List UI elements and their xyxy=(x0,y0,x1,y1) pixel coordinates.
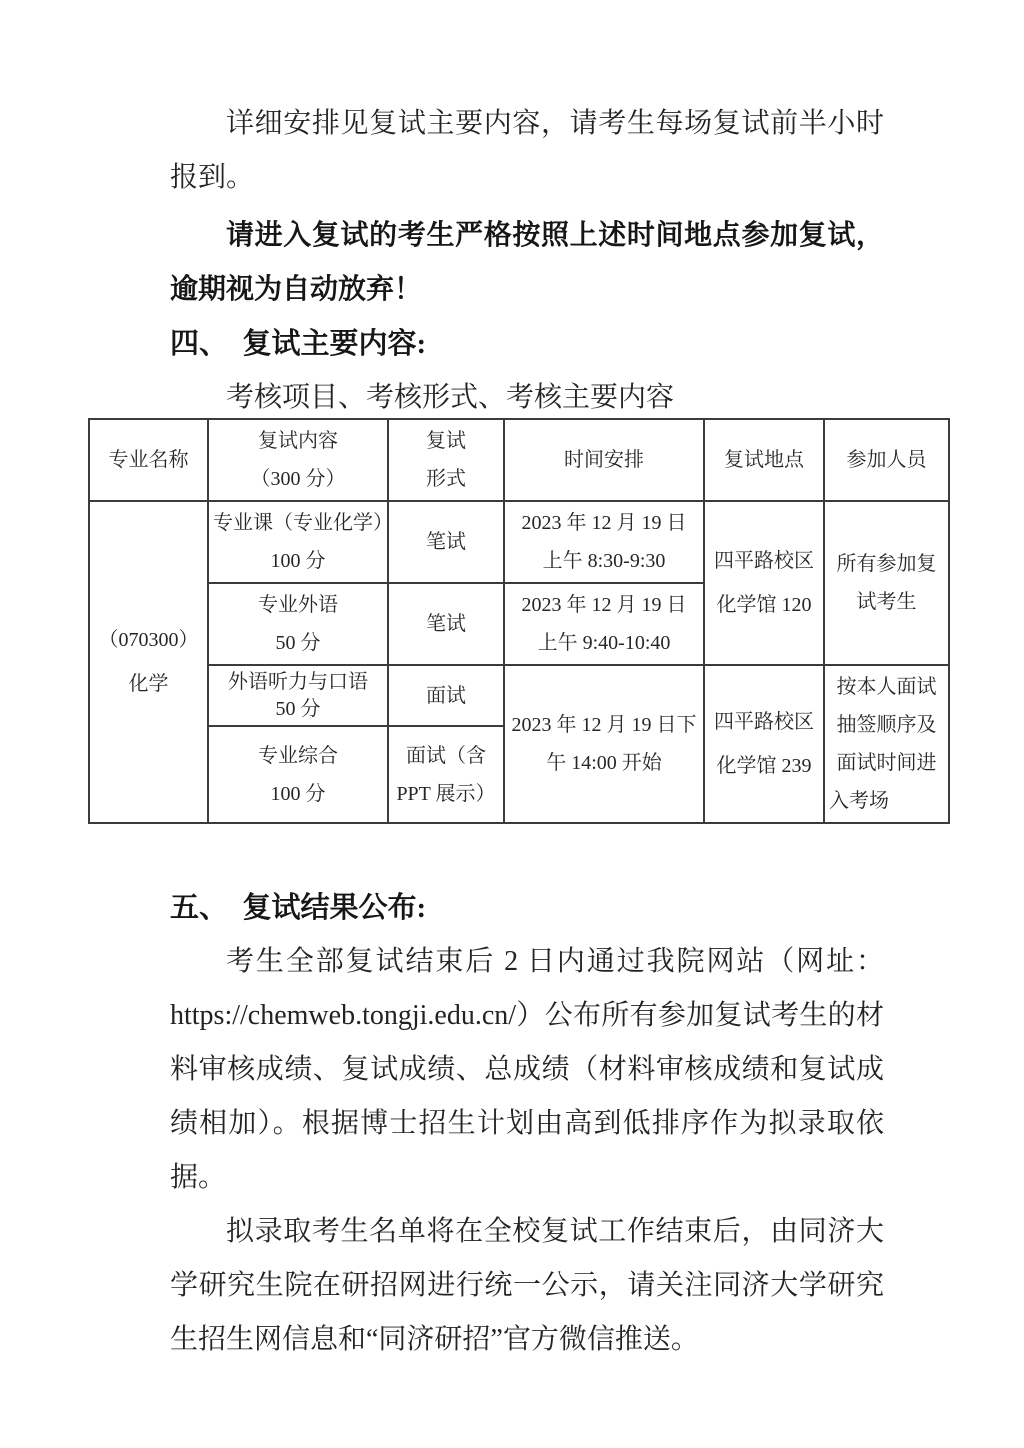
location-afternoon-line1: 四平路校区 xyxy=(709,700,819,744)
location-afternoon-line2: 化学馆 239 xyxy=(709,744,819,788)
content-row3-line1: 外语听力与口语 xyxy=(213,669,383,696)
cell-participants-morning: 所有参加复试考生 xyxy=(824,501,949,665)
header-time-label: 时间安排 xyxy=(509,441,699,479)
section4-subtitle: 考核项目、考核形式、考核主要内容 xyxy=(170,371,884,425)
time-row1-line2: 上午 8:30-9:30 xyxy=(509,542,699,580)
cell-participants-afternoon: 按本人面试抽签顺序及面试时间进入考场 xyxy=(824,665,949,823)
location-morning-line2: 化学馆 120 xyxy=(709,583,819,627)
cell-major: （070300） 化学 xyxy=(89,501,208,823)
header-location-label: 复试地点 xyxy=(709,441,819,479)
location-morning-line1: 四平路校区 xyxy=(709,539,819,583)
section5-paragraph1: 考生全部复试结束后 2 日内通过我院网站（网址：https://chemweb.… xyxy=(170,935,884,1205)
cell-location-morning: 四平路校区 化学馆 120 xyxy=(704,501,824,665)
header-content: 复试内容 （300 分） xyxy=(208,419,388,501)
content-row3-line2: 50 分 xyxy=(213,696,383,723)
form-row4-line1: 面试（含 xyxy=(393,737,499,775)
cell-content-row2: 专业外语 50 分 xyxy=(208,583,388,665)
content-row1-line1: 专业课（专业化学） xyxy=(213,504,383,542)
header-participants-label: 参加人员 xyxy=(829,441,944,479)
content-row2-line2: 50 分 xyxy=(213,624,383,662)
content-row2-line1: 专业外语 xyxy=(213,586,383,624)
header-form-line2: 形式 xyxy=(393,460,499,498)
cell-content-row3: 外语听力与口语 50 分 xyxy=(208,665,388,726)
header-form-line1: 复试 xyxy=(393,422,499,460)
content-row1-line2: 100 分 xyxy=(213,542,383,580)
cell-form-row1: 笔试 xyxy=(388,501,504,583)
cell-time-row2: 2023 年 12 月 19 日 上午 9:40-10:40 xyxy=(504,583,704,665)
content-row4-line1: 专业综合 xyxy=(213,737,383,775)
table-row-interview-1: 外语听力与口语 50 分 面试 2023 年 12 月 19 日下 午 14:0… xyxy=(89,665,949,726)
time-afternoon-line2: 午 14:00 开始 xyxy=(509,744,699,782)
time-afternoon-line1: 2023 年 12 月 19 日下 xyxy=(509,706,699,744)
time-row2-line1: 2023 年 12 月 19 日 xyxy=(509,586,699,624)
cell-content-row4: 专业综合 100 分 xyxy=(208,726,388,823)
cell-form-row3: 面试 xyxy=(388,665,504,726)
major-name: 化学 xyxy=(94,662,203,706)
warning-paragraph: 请进入复试的考生严格按照上述时间地点参加复试，逾期视为自动放弃！ xyxy=(170,209,884,317)
section4-heading: 四、 复试主要内容: xyxy=(170,317,884,371)
content-row4-line2: 100 分 xyxy=(213,775,383,813)
table-row-written-exam-1: （070300） 化学 专业课（专业化学） 100 分 笔试 2023 年 12… xyxy=(89,501,949,583)
intro-paragraph: 详细安排见复试主要内容，请考生每场复试前半小时报到。 xyxy=(170,97,884,205)
document-page: 详细安排见复试主要内容，请考生每场复试前半小时报到。 请进入复试的考生严格按照上… xyxy=(0,0,1024,1448)
form-row4-line2: PPT 展示） xyxy=(393,775,499,813)
form-row3: 面试 xyxy=(393,677,499,715)
header-major: 专业名称 xyxy=(89,419,208,501)
table-header-row: 专业名称 复试内容 （300 分） 复试 形式 时间安排 复试地点 参加人员 xyxy=(89,419,949,501)
cell-form-row4: 面试（含 PPT 展示） xyxy=(388,726,504,823)
header-content-line1: 复试内容 xyxy=(213,422,383,460)
cell-location-afternoon: 四平路校区 化学馆 239 xyxy=(704,665,824,823)
major-code: （070300） xyxy=(94,618,203,662)
cell-time-afternoon: 2023 年 12 月 19 日下 午 14:00 开始 xyxy=(504,665,704,823)
cell-form-row2: 笔试 xyxy=(388,583,504,665)
cell-time-row1: 2023 年 12 月 19 日 上午 8:30-9:30 xyxy=(504,501,704,583)
cell-content-row1: 专业课（专业化学） 100 分 xyxy=(208,501,388,583)
header-form: 复试 形式 xyxy=(388,419,504,501)
header-participants: 参加人员 xyxy=(824,419,949,501)
time-row1-line1: 2023 年 12 月 19 日 xyxy=(509,504,699,542)
form-row1: 笔试 xyxy=(393,523,499,561)
header-time: 时间安排 xyxy=(504,419,704,501)
section5-heading: 五、 复试结果公布: xyxy=(170,881,884,935)
header-location: 复试地点 xyxy=(704,419,824,501)
form-row2: 笔试 xyxy=(393,605,499,643)
header-major-label: 专业名称 xyxy=(94,441,203,479)
interview-schedule-table: 专业名称 复试内容 （300 分） 复试 形式 时间安排 复试地点 参加人员 xyxy=(88,418,950,824)
section5-paragraph2: 拟录取考生名单将在全校复试工作结束后，由同济大学研究生院在研招网进行统一公示，请… xyxy=(170,1205,884,1367)
header-content-line2: （300 分） xyxy=(213,460,383,498)
time-row2-line2: 上午 9:40-10:40 xyxy=(509,624,699,662)
